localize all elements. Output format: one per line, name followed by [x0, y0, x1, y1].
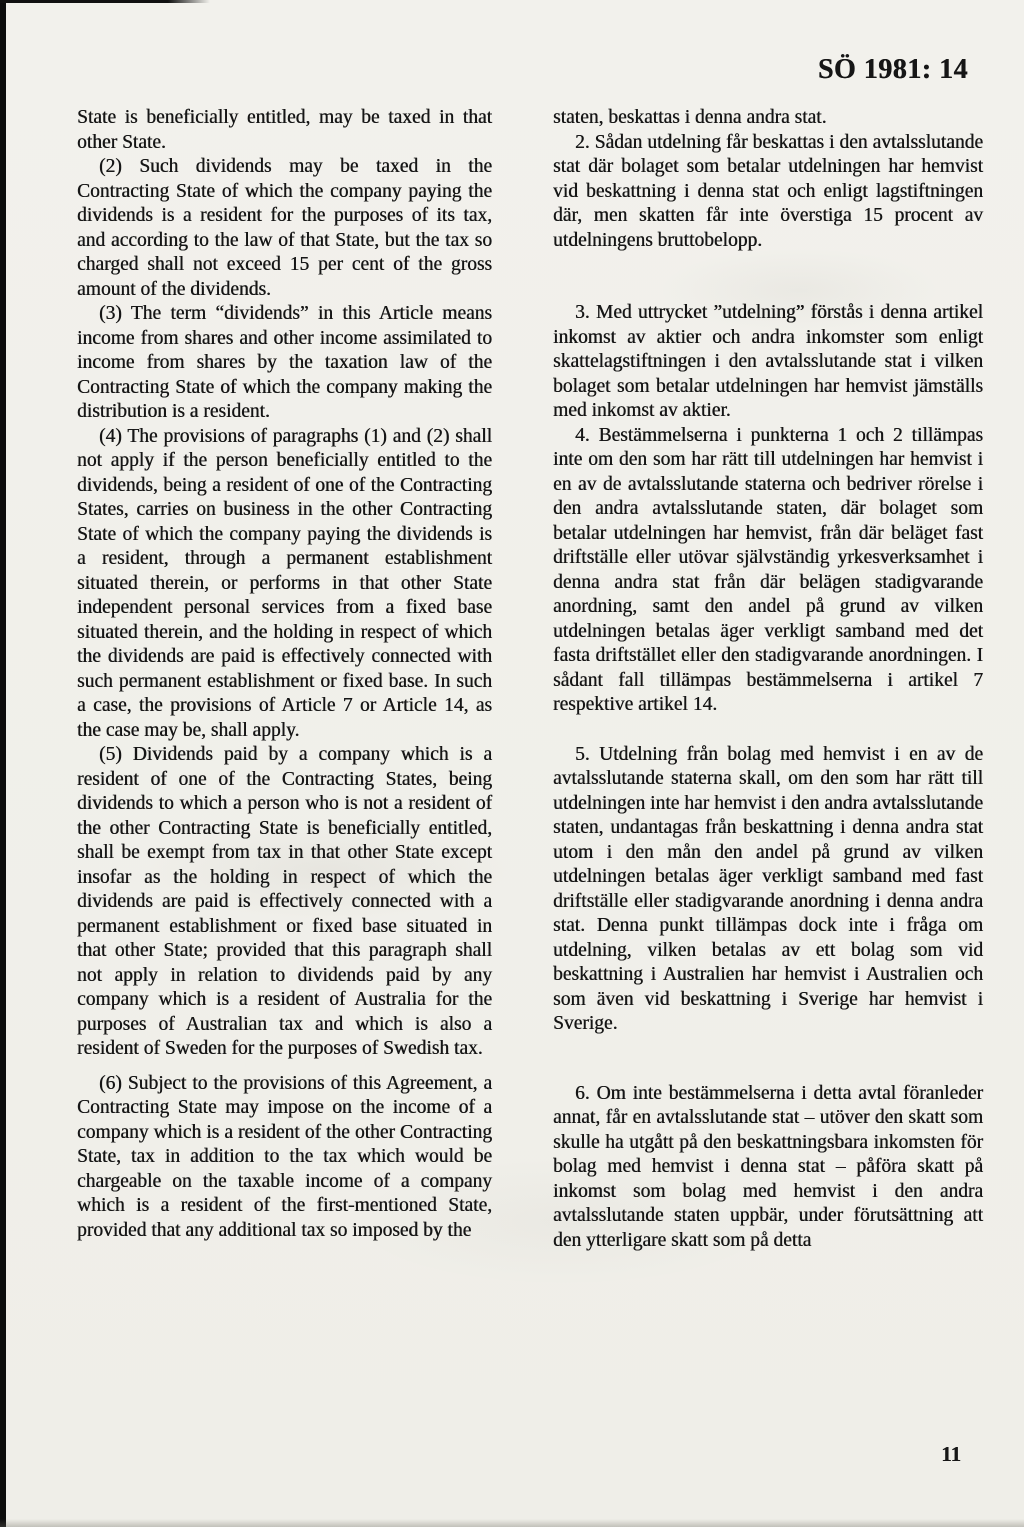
paragraph-en-3: (3) The term “dividends” in this Article…: [77, 302, 492, 425]
paragraph-sv-4: 4. Bestämmelserna i punkterna 1 och 2 ti…: [553, 424, 983, 718]
scanned-document-page: SÖ 1981: 14 State is beneficially entitl…: [0, 0, 1024, 1527]
paragraph-sv-6: 6. Om inte bestämmelserna i detta avtal …: [553, 1082, 983, 1254]
paragraph-sv-continuation: staten, beskattas i denna andra stat.: [553, 106, 983, 131]
scan-edge-bottom: [0, 1519, 1024, 1527]
english-column: State is beneficially entitled, may be t…: [77, 106, 492, 1243]
paragraph-sv-2: 2. Sådan utdelning får beskattas i den a…: [553, 131, 983, 254]
scan-edge-left: [0, 0, 6, 1527]
paragraph-en-4: (4) The provisions of paragraphs (1) and…: [77, 425, 492, 744]
swedish-column: staten, beskattas i denna andra stat. 2.…: [553, 106, 983, 1253]
scan-edge-top: [0, 0, 210, 3]
paragraph-sv-5: 5. Utdelning från bolag med hemvist i en…: [553, 743, 983, 1037]
paragraph-en-5: (5) Dividends paid by a company which is…: [77, 743, 492, 1062]
paragraph-en-continuation: State is beneficially entitled, may be t…: [77, 106, 492, 155]
paragraph-en-2: (2) Such dividends may be taxed in the C…: [77, 155, 492, 302]
document-reference: SÖ 1981: 14: [818, 54, 968, 86]
paragraph-sv-3: 3. Med uttrycket ”utdelning” förstås i d…: [553, 301, 983, 424]
page-number: 11: [941, 1442, 961, 1467]
paragraph-en-6: (6) Subject to the provisions of this Ag…: [77, 1072, 492, 1244]
